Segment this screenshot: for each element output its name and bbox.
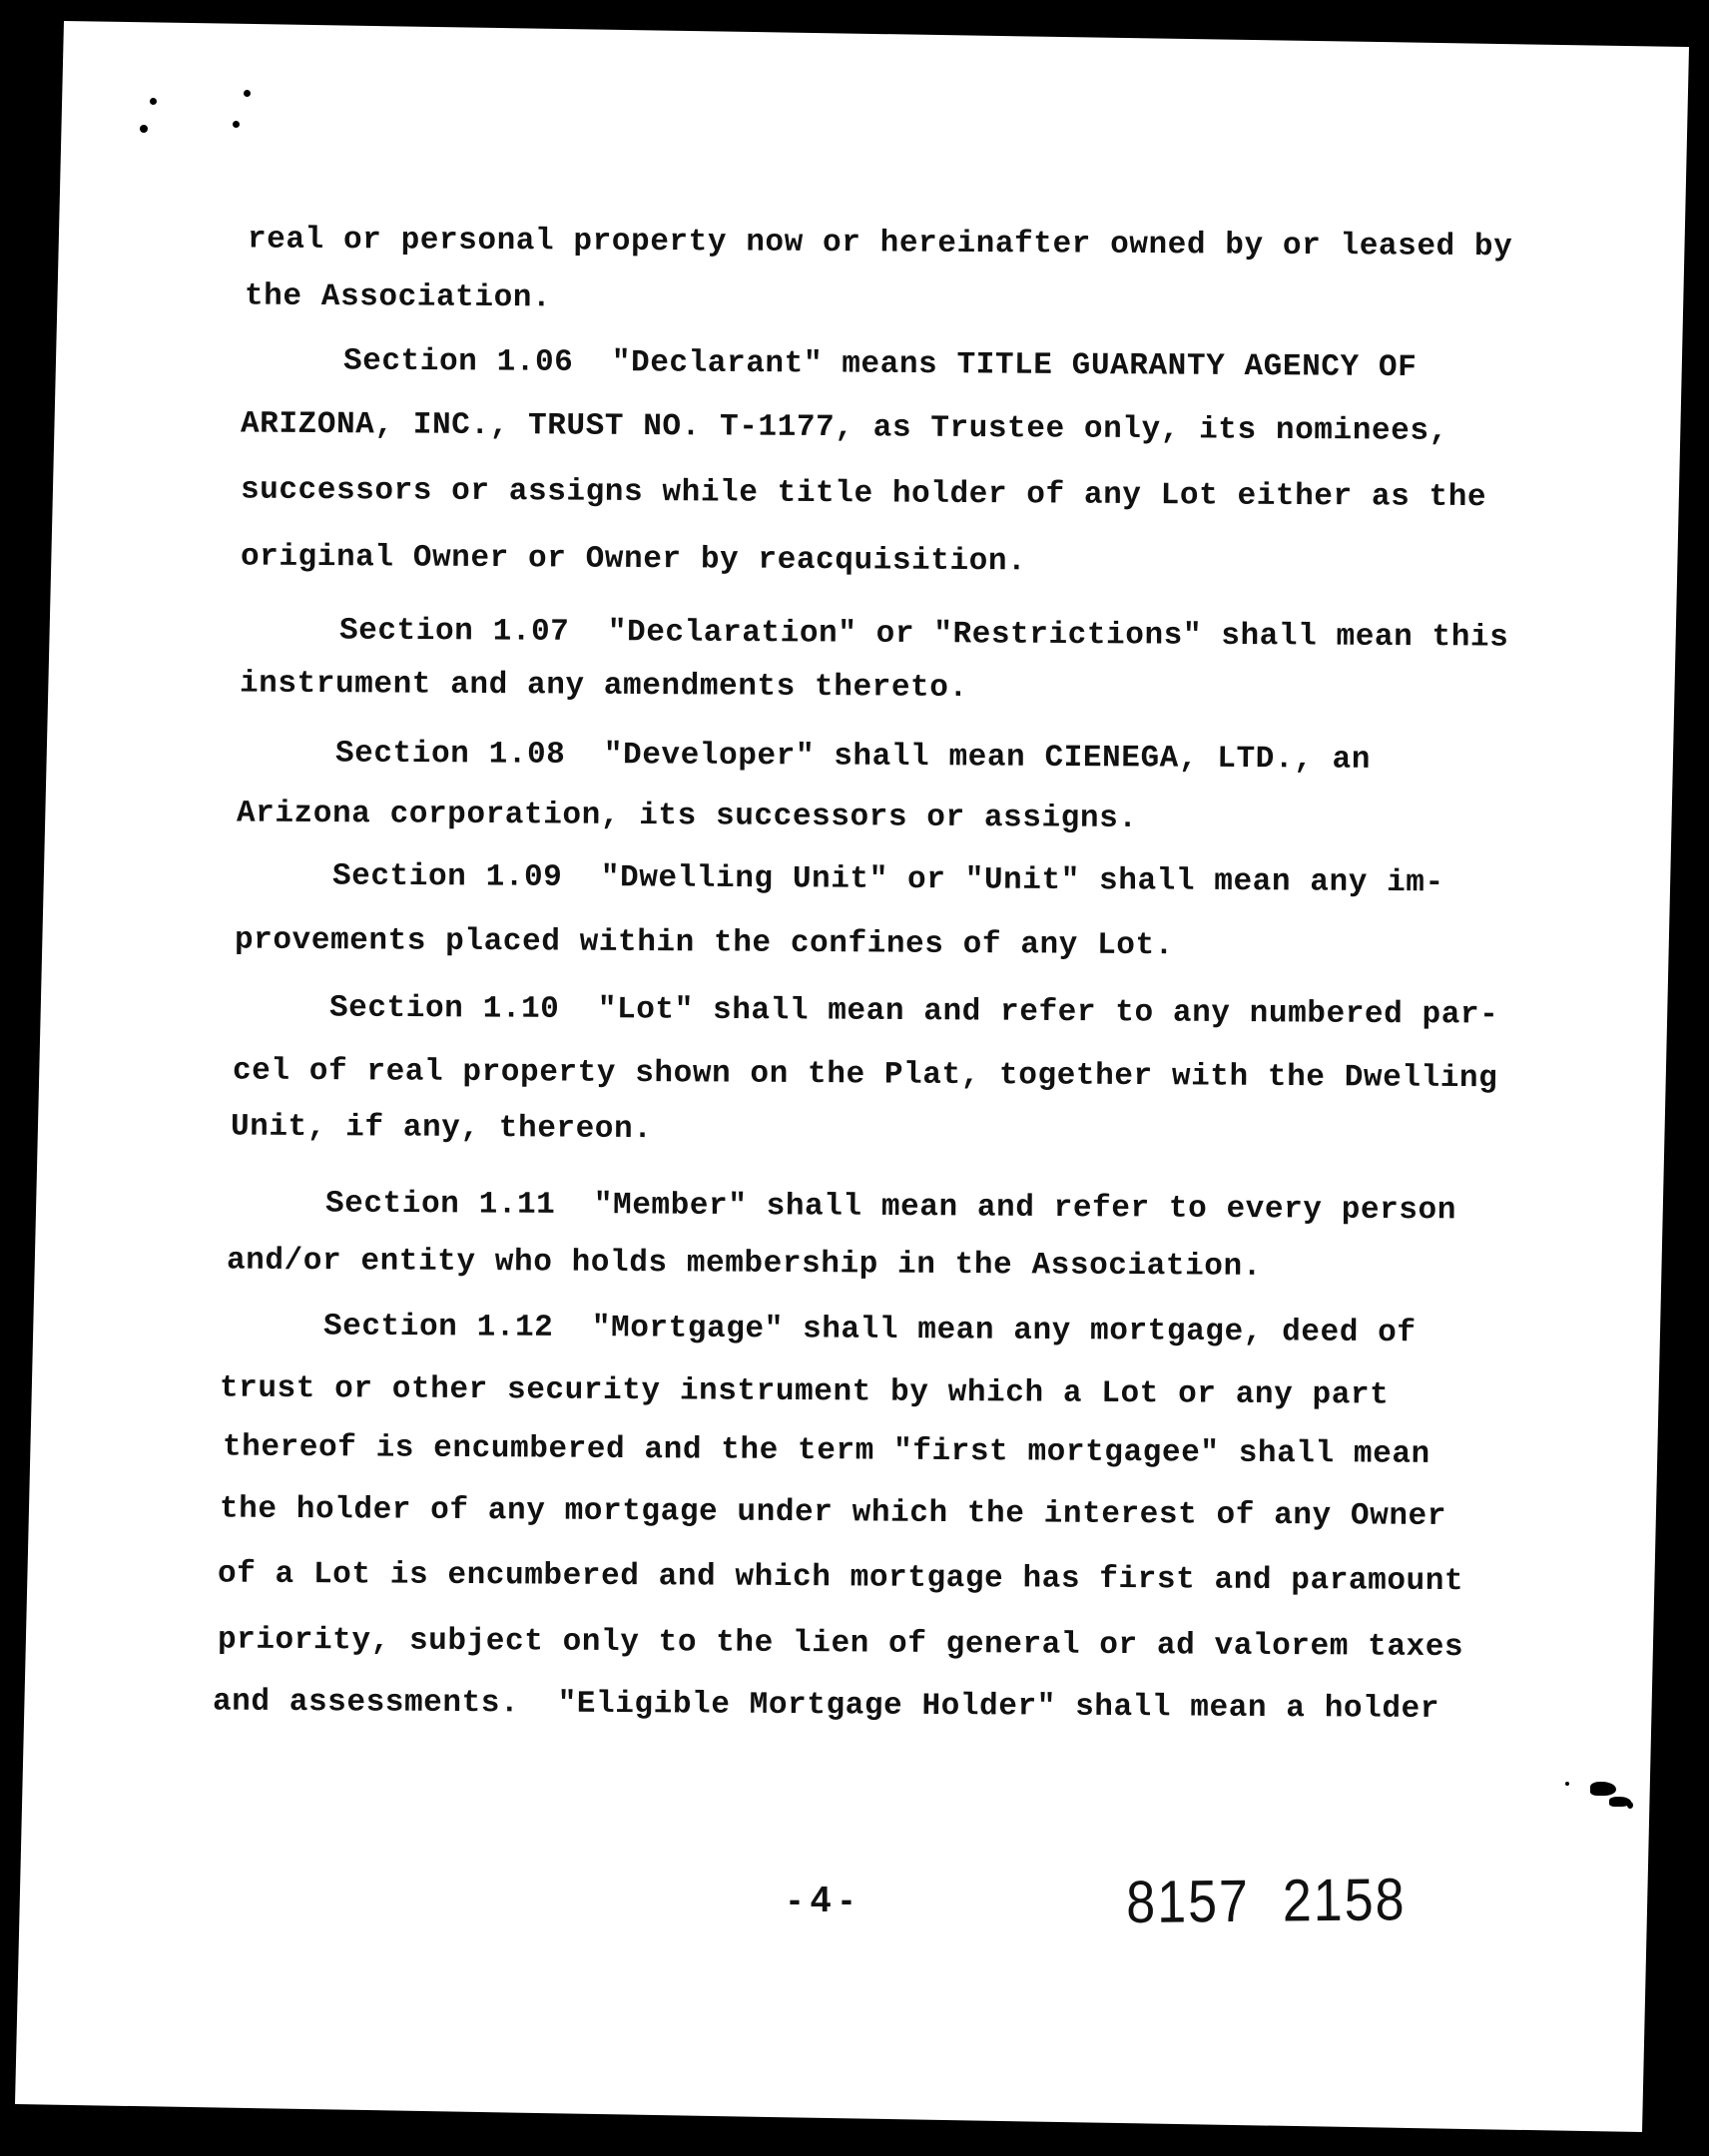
scan-blot — [1590, 1782, 1616, 1796]
text-line: of a Lot is encumbered and which mortgag… — [218, 1559, 1463, 1598]
scan-speck — [233, 121, 240, 128]
section-1-12-heading: Section 1.12 "Mortgage" shall mean any m… — [323, 1312, 1417, 1349]
text-line: successors or assigns while title holder… — [241, 475, 1486, 514]
text-line: trust or other security instrument by wh… — [220, 1373, 1390, 1411]
section-1-08-heading: Section 1.08 "Developer" shall mean CIEN… — [335, 739, 1371, 776]
text-line: and/or entity who holds membership in th… — [227, 1246, 1262, 1283]
text-line: original Owner or Owner by reacquisition… — [241, 542, 1027, 578]
scan-speck — [1627, 1802, 1633, 1809]
section-1-09-heading: Section 1.09 "Dwelling Unit" or "Unit" s… — [332, 861, 1444, 899]
text-line: priority, subject only to the lien of ge… — [218, 1625, 1463, 1664]
document-page: real or personal property now or hereina… — [0, 0, 1709, 2156]
scan-speck — [140, 125, 148, 133]
text-line: ARIZONA, INC., TRUST NO. T-1177, as Trus… — [241, 409, 1448, 447]
text-line: thereof is encumbered and the term "firs… — [223, 1432, 1430, 1470]
text-line: Unit, if any, thereon. — [231, 1112, 653, 1146]
text-line: and assessments. "Eligible Mortgage Hold… — [213, 1687, 1439, 1726]
text-line: cel of real property shown on the Plat, … — [233, 1056, 1498, 1095]
section-1-10-heading: Section 1.10 "Lot" shall mean and refer … — [329, 993, 1499, 1031]
section-1-11-heading: Section 1.11 "Member" shall mean and ref… — [325, 1189, 1456, 1227]
page-number: - 4 - — [789, 1879, 853, 1920]
text-line: provements placed within the confines of… — [235, 925, 1174, 962]
scan-speck — [150, 98, 157, 105]
scan-speck — [1565, 1782, 1569, 1786]
text-line: the holder of any mortgage under which t… — [220, 1494, 1446, 1533]
text-line: Arizona corporation, its successors or a… — [237, 799, 1138, 835]
scan-speck — [244, 90, 251, 97]
section-1-06-heading: Section 1.06 "Declarant" means TITLE GUA… — [343, 346, 1418, 384]
section-1-07-heading: Section 1.07 "Declaration" or "Restricti… — [339, 616, 1509, 654]
text-line: instrument and any amendments thereto. — [240, 669, 968, 704]
text-line: real or personal property now or hereina… — [248, 225, 1513, 264]
recording-number: 8157 2158 — [1126, 1866, 1407, 1937]
text-line: the Association. — [245, 281, 551, 314]
